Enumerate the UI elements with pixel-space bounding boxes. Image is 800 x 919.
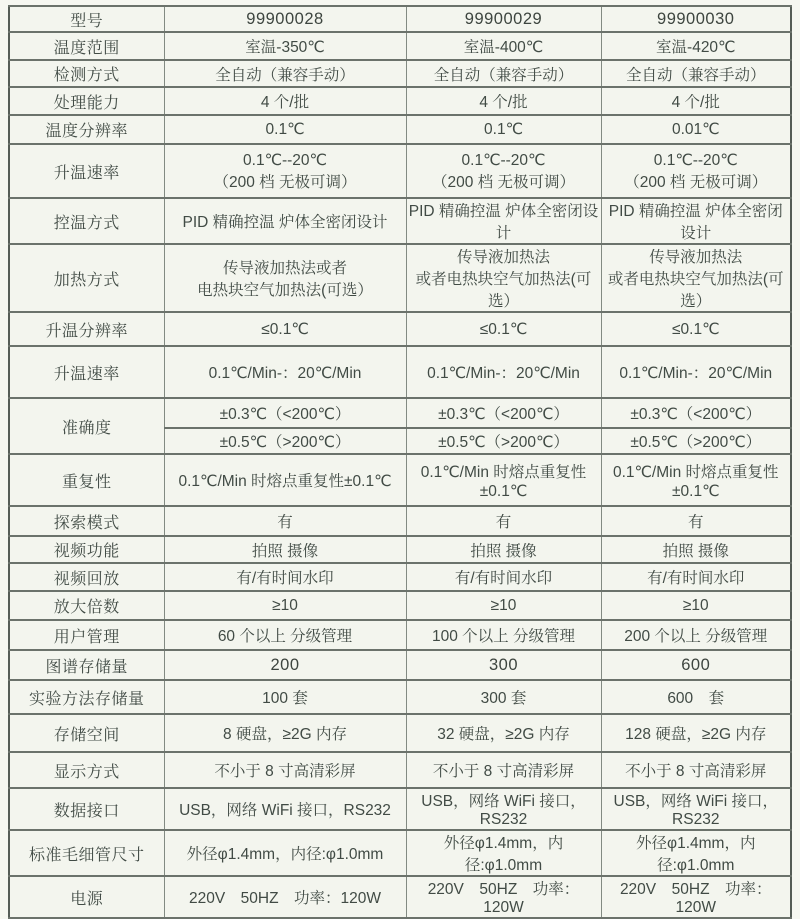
spec-value: 0.1℃/Min 时熔点重复性±0.1℃ [601, 454, 791, 506]
table-row-repeatability: 重复性 0.1℃/Min 时熔点重复性±0.1℃ 0.1℃/Min 时熔点重复性… [9, 454, 791, 506]
spec-value: 0.1℃--20℃ （200 档 无极可调） [164, 144, 406, 198]
spec-value: 60 个以上 分级管理 [164, 620, 406, 650]
spec-label: 升温速率 [9, 346, 164, 398]
spec-value: 100 个以上 分级管理 [406, 620, 601, 650]
spec-value: 有 [406, 506, 601, 536]
spec-label: 视频功能 [9, 536, 164, 563]
spec-value: 99900029 [406, 6, 601, 32]
spec-label: 数据接口 [9, 788, 164, 830]
spec-label: 升温分辨率 [9, 312, 164, 346]
spec-label: 实验方法存储量 [9, 680, 164, 714]
spec-value: 0.1℃/Min-：20℃/Min [406, 346, 601, 398]
spec-value: 传导液加热法 或者电热块空气加热法(可选） [406, 244, 601, 312]
spec-label: 检测方式 [9, 60, 164, 87]
spec-value: 室温-420℃ [601, 32, 791, 60]
spec-value: 0.1℃ [406, 115, 601, 144]
spec-value: 不小于 8 寸高清彩屏 [406, 752, 601, 788]
table-row-power: 电源 220V 50HZ 功率：120W 220V 50HZ 功率：120W 2… [9, 876, 791, 918]
spec-label: 型号 [9, 6, 164, 32]
spec-value: 0.1℃--20℃ （200 档 无极可调） [601, 144, 791, 198]
spec-value: 0.1℃/Min 时熔点重复性±0.1℃ [164, 454, 406, 506]
spec-value: 4 个/批 [406, 87, 601, 115]
spec-value: 全自动（兼容手动） [164, 60, 406, 87]
spec-value: 600 套 [601, 680, 791, 714]
spec-value: USB，网络 WiFi 接口，RS232 [406, 788, 601, 830]
table-row-heating-rate: 升温速率 0.1℃--20℃ （200 档 无极可调） 0.1℃--20℃ （2… [9, 144, 791, 198]
spec-label: 视频回放 [9, 563, 164, 591]
spec-label: 探索模式 [9, 506, 164, 536]
spec-value: 有/有时间水印 [601, 563, 791, 591]
spec-value: 0.1℃ [164, 115, 406, 144]
spec-value: 有/有时间水印 [164, 563, 406, 591]
spec-value: PID 精确控温 炉体全密闭设计 [601, 198, 791, 244]
spec-label: 放大倍数 [9, 591, 164, 620]
spec-label: 标准毛细管尺寸 [9, 830, 164, 876]
spec-value: 8 硬盘，≥2G 内存 [164, 714, 406, 752]
spec-value: 100 套 [164, 680, 406, 714]
spec-value: 300 [406, 650, 601, 680]
spec-value: 有 [601, 506, 791, 536]
spec-value: USB，网络 WiFi 接口，RS232 [164, 788, 406, 830]
table-row-user-management: 用户管理 60 个以上 分级管理 100 个以上 分级管理 200 个以上 分级… [9, 620, 791, 650]
table-row-detection: 检测方式 全自动（兼容手动） 全自动（兼容手动） 全自动（兼容手动） [9, 60, 791, 87]
spec-value: 外径φ1.4mm，内径:φ1.0mm [164, 830, 406, 876]
spec-value: 200 个以上 分级管理 [601, 620, 791, 650]
table-row-capillary-size: 标准毛细管尺寸 外径φ1.4mm，内径:φ1.0mm 外径φ1.4mm，内径:φ… [9, 830, 791, 876]
spec-label: 用户管理 [9, 620, 164, 650]
spec-value: 220V 50HZ 功率：120W [601, 876, 791, 918]
spec-value: 99900030 [601, 6, 791, 32]
spec-label: 图谱存储量 [9, 650, 164, 680]
spec-value: 4 个/批 [164, 87, 406, 115]
spec-value: 全自动（兼容手动） [601, 60, 791, 87]
table-row-rise-rate: 升温速率 0.1℃/Min-：20℃/Min 0.1℃/Min-：20℃/Min… [9, 346, 791, 398]
table-row-capacity: 处理能力 4 个/批 4 个/批 4 个/批 [9, 87, 791, 115]
spec-value: 0.01℃ [601, 115, 791, 144]
table-row-data-interface: 数据接口 USB，网络 WiFi 接口，RS232 USB，网络 WiFi 接口… [9, 788, 791, 830]
spec-value: 0.1℃/Min-：20℃/Min [164, 346, 406, 398]
spec-value: 有/有时间水印 [406, 563, 601, 591]
spec-value: 室温-350℃ [164, 32, 406, 60]
spec-value: 拍照 摄像 [406, 536, 601, 563]
table-row-video-playback: 视频回放 有/有时间水印 有/有时间水印 有/有时间水印 [9, 563, 791, 591]
spec-value: ±0.3℃（<200℃） [164, 398, 406, 428]
spec-value: 拍照 摄像 [164, 536, 406, 563]
spec-value: 不小于 8 寸高清彩屏 [164, 752, 406, 788]
table-row-temp-resolution: 温度分辨率 0.1℃ 0.1℃ 0.01℃ [9, 115, 791, 144]
spec-label: 准确度 [9, 398, 164, 454]
spec-value: 全自动（兼容手动） [406, 60, 601, 87]
spec-value: 室温-400℃ [406, 32, 601, 60]
table-row-display: 显示方式 不小于 8 寸高清彩屏 不小于 8 寸高清彩屏 不小于 8 寸高清彩屏 [9, 752, 791, 788]
spec-value: 32 硬盘，≥2G 内存 [406, 714, 601, 752]
spec-value: ≥10 [601, 591, 791, 620]
spec-value: 200 [164, 650, 406, 680]
spec-value: 拍照 摄像 [601, 536, 791, 563]
spec-value: 外径φ1.4mm，内径:φ1.0mm [601, 830, 791, 876]
spec-label: 升温速率 [9, 144, 164, 198]
spec-value: 4 个/批 [601, 87, 791, 115]
spec-value: ±0.5℃（>200℃） [601, 428, 791, 454]
spec-value: 传导液加热法 或者电热块空气加热法(可选） [601, 244, 791, 312]
table-row-temp-range: 温度范围 室温-350℃ 室温-400℃ 室温-420℃ [9, 32, 791, 60]
spec-value: 不小于 8 寸高清彩屏 [601, 752, 791, 788]
table-row-rise-resolution: 升温分辨率 ≤0.1℃ ≤0.1℃ ≤0.1℃ [9, 312, 791, 346]
spec-table: 型号 99900028 99900029 99900030 温度范围 室温-35… [8, 5, 792, 919]
spec-label: 控温方式 [9, 198, 164, 244]
table-row-temp-control: 控温方式 PID 精确控温 炉体全密闭设计 PID 精确控温 炉体全密闭设计 P… [9, 198, 791, 244]
spec-value: ≤0.1℃ [601, 312, 791, 346]
table-row-accuracy-a: 准确度 ±0.3℃（<200℃） ±0.3℃（<200℃） ±0.3℃（<200… [9, 398, 791, 428]
spec-label: 存储空间 [9, 714, 164, 752]
spec-label: 处理能力 [9, 87, 164, 115]
spec-value: ≤0.1℃ [164, 312, 406, 346]
spec-value: 300 套 [406, 680, 601, 714]
spec-value: 220V 50HZ 功率：120W [406, 876, 601, 918]
spec-label: 加热方式 [9, 244, 164, 312]
spec-value: 128 硬盘，≥2G 内存 [601, 714, 791, 752]
spec-value: 0.1℃--20℃ （200 档 无极可调） [406, 144, 601, 198]
table-row-model: 型号 99900028 99900029 99900030 [9, 6, 791, 32]
table-row-storage-space: 存储空间 8 硬盘，≥2G 内存 32 硬盘，≥2G 内存 128 硬盘，≥2G… [9, 714, 791, 752]
table-row-video-function: 视频功能 拍照 摄像 拍照 摄像 拍照 摄像 [9, 536, 791, 563]
spec-value: 99900028 [164, 6, 406, 32]
spec-value: 220V 50HZ 功率：120W [164, 876, 406, 918]
spec-value: 有 [164, 506, 406, 536]
spec-label: 显示方式 [9, 752, 164, 788]
spec-value: 外径φ1.4mm，内径:φ1.0mm [406, 830, 601, 876]
spec-value: ≥10 [406, 591, 601, 620]
spec-label: 温度分辨率 [9, 115, 164, 144]
table-row-explore-mode: 探索模式 有 有 有 [9, 506, 791, 536]
table-row-method-storage: 实验方法存储量 100 套 300 套 600 套 [9, 680, 791, 714]
spec-value: ±0.5℃（>200℃） [406, 428, 601, 454]
spec-label: 温度范围 [9, 32, 164, 60]
table-row-spectrum-storage: 图谱存储量 200 300 600 [9, 650, 791, 680]
spec-label: 电源 [9, 876, 164, 918]
spec-label: 重复性 [9, 454, 164, 506]
spec-value: 0.1℃/Min 时熔点重复性±0.1℃ [406, 454, 601, 506]
spec-value: 传导液加热法或者 电热块空气加热法(可选） [164, 244, 406, 312]
spec-value: 0.1℃/Min-：20℃/Min [601, 346, 791, 398]
table-row-heating-method: 加热方式 传导液加热法或者 电热块空气加热法(可选） 传导液加热法 或者电热块空… [9, 244, 791, 312]
spec-value: USB，网络 WiFi 接口，RS232 [601, 788, 791, 830]
spec-value: ±0.3℃（<200℃） [601, 398, 791, 428]
spec-sheet-page: 型号 99900028 99900029 99900030 温度范围 室温-35… [0, 0, 800, 897]
spec-value: PID 精确控温 炉体全密闭设计 [164, 198, 406, 244]
spec-value: 600 [601, 650, 791, 680]
spec-value: ±0.3℃（<200℃） [406, 398, 601, 428]
spec-value: PID 精确控温 炉体全密闭设计 [406, 198, 601, 244]
spec-value: ±0.5℃（>200℃） [164, 428, 406, 454]
table-row-magnification: 放大倍数 ≥10 ≥10 ≥10 [9, 591, 791, 620]
spec-value: ≥10 [164, 591, 406, 620]
spec-value: ≤0.1℃ [406, 312, 601, 346]
